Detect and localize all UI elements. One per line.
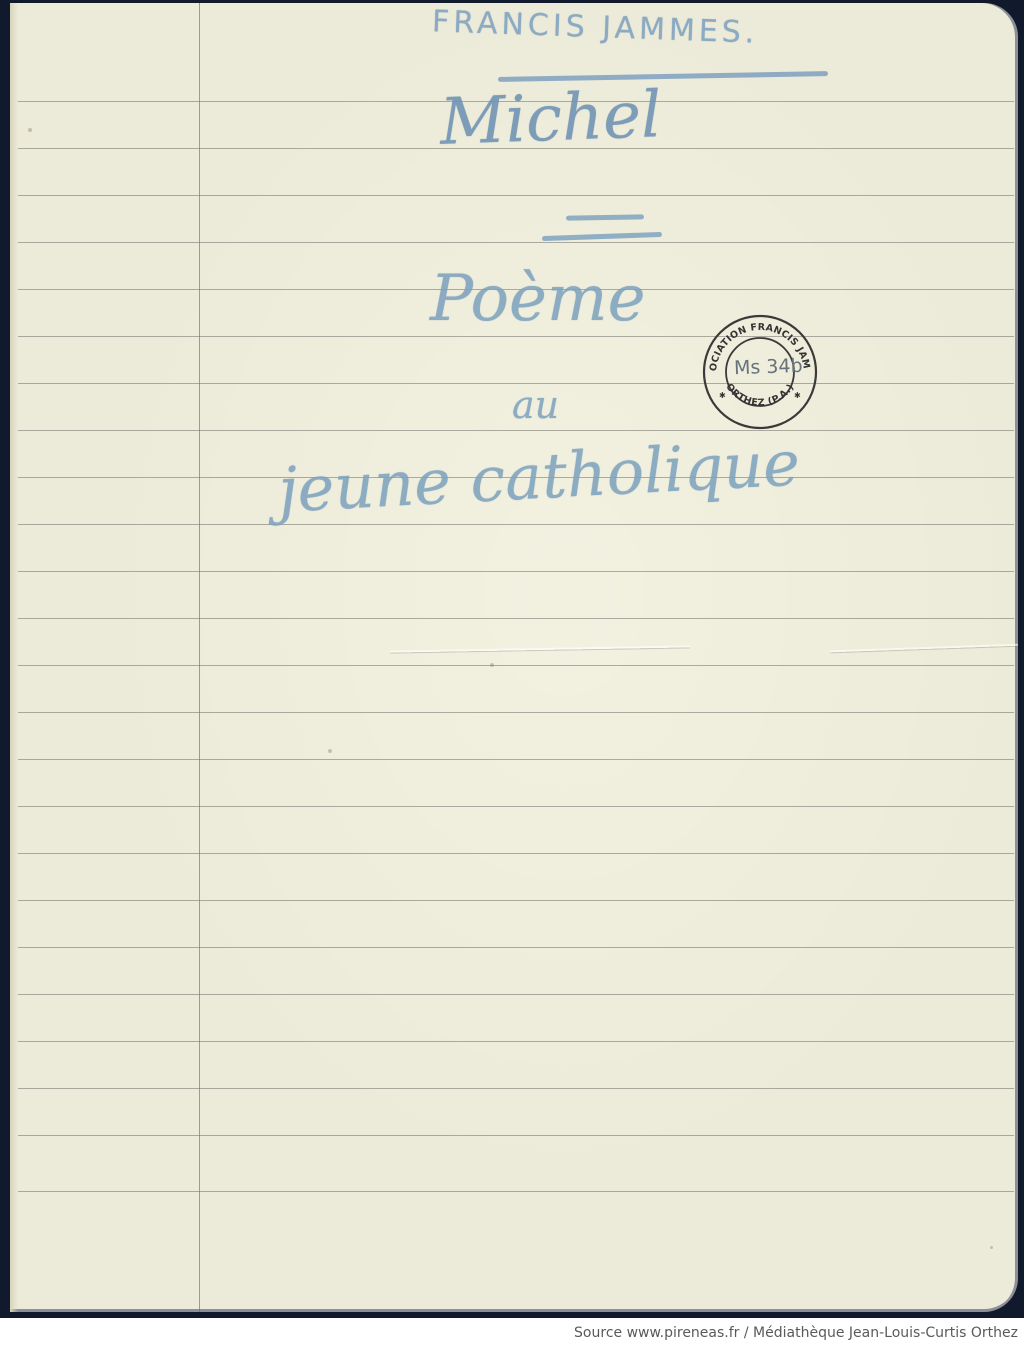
svg-text:ORTHEZ (P.A.): ORTHEZ (P.A.) xyxy=(723,382,796,409)
ruled-line xyxy=(18,900,1014,901)
svg-text:✱: ✱ xyxy=(794,391,801,400)
ruled-line xyxy=(18,430,1014,431)
archive-stamp: ASSOCIATION FRANCIS JAMMES ORTHEZ (P.A.)… xyxy=(700,312,820,432)
handwritten-preposition: au xyxy=(512,383,559,427)
margin-line xyxy=(199,3,200,1312)
ruled-line xyxy=(18,947,1014,948)
ruled-line xyxy=(18,806,1014,807)
ruled-line xyxy=(18,712,1014,713)
paper-spot xyxy=(28,128,32,132)
paper-spot xyxy=(490,663,494,667)
source-credit: Source www.pireneas.fr / Médiathèque Jea… xyxy=(574,1325,1018,1341)
ruled-line xyxy=(18,242,1014,243)
ruled-line xyxy=(18,1135,1014,1136)
svg-text:✱: ✱ xyxy=(719,391,726,400)
ruled-line xyxy=(18,1088,1014,1089)
paper-spot xyxy=(328,749,332,753)
handwritten-title: Michel xyxy=(439,78,663,160)
ruled-line xyxy=(18,336,1014,337)
notebook-page xyxy=(10,3,1018,1312)
ruled-line xyxy=(18,618,1014,619)
ruled-line xyxy=(18,665,1014,666)
paper-spot xyxy=(990,1246,993,1249)
stamp-shelfmark: Ms 34b xyxy=(734,355,803,379)
ruled-line xyxy=(18,524,1014,525)
ruled-line xyxy=(18,853,1014,854)
ruled-line xyxy=(18,571,1014,572)
ruled-line xyxy=(18,759,1014,760)
handwritten-genre: Poème xyxy=(430,262,645,336)
ruled-line xyxy=(18,195,1014,196)
ruled-line xyxy=(18,1191,1014,1192)
paper-crease xyxy=(830,644,1018,653)
ruled-line xyxy=(18,1041,1014,1042)
paper-crease xyxy=(390,645,690,652)
ruled-line xyxy=(18,994,1014,995)
